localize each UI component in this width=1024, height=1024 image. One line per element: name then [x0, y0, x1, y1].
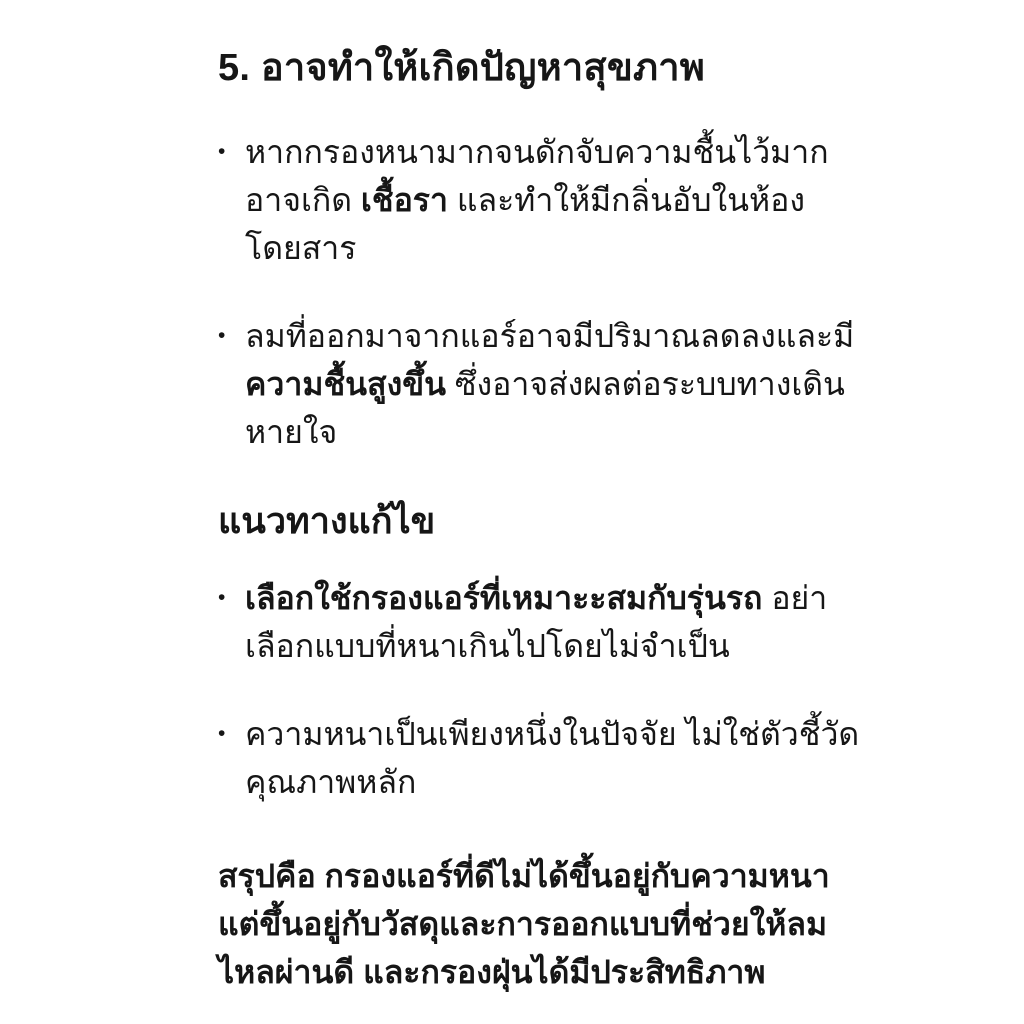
text-line: คุณภาพหลัก — [245, 758, 878, 806]
text-line: โดยสาร — [245, 224, 878, 272]
bullet-item-thickness-factor: • ความหนาเป็นเพียงหนึ่งในปัจจัย ไม่ใช่ตั… — [218, 710, 878, 806]
text-line: ความชื้นสูงขึ้น ซึ่งอาจส่งผลต่อระบบทางเด… — [245, 360, 878, 408]
bullet-text: ความหนาเป็นเพียงหนึ่งในปัจจัย ไม่ใช่ตัวช… — [245, 710, 878, 806]
bullet-text: ลมที่ออกมาจากแอร์อาจมีปริมาณลดลงและมี คว… — [245, 312, 878, 456]
text-segment-bold-humidity: ความชื้นสูงขึ้น — [245, 366, 446, 402]
text-line: ไหลผ่านดี และกรองฝุ่นได้มีประสิทธิภาพ — [218, 948, 878, 996]
text-line: อาจเกิด เชื้อรา และทำให้มีกลิ่นอับในห้อง — [245, 176, 878, 224]
text-segment: และทำให้มีกลิ่นอับในห้อง — [448, 182, 805, 218]
text-line: หายใจ — [245, 408, 878, 456]
section-heading-solutions: แนวทางแก้ไข — [218, 496, 878, 546]
bullet-dot-icon: • — [218, 710, 245, 758]
text-line: แต่ขึ้นอยู่กับวัสดุและการออกแบบที่ช่วยให… — [218, 900, 878, 948]
text-line: เลือกแบบที่หนาเกินไปโดยไม่จำเป็น — [245, 622, 878, 670]
text-segment-bold-choose-filter: เลือกใช้กรองแอร์ที่เหมาะะสมกับรุ่นรถ — [245, 580, 762, 616]
text-segment: อาจเกิด — [245, 182, 361, 218]
text-segment: ซึ่งอาจส่งผลต่อระบบทางเดิน — [446, 366, 845, 402]
bullet-dot-icon: • — [218, 312, 245, 360]
bullet-item-airflow-humidity: • ลมที่ออกมาจากแอร์อาจมีปริมาณลดลงและมี … — [218, 312, 878, 456]
bullet-text: หากกรองหนามากจนดักจับความชื้นไว้มาก อาจเ… — [245, 128, 878, 272]
text-segment: อย่า — [762, 580, 827, 616]
bullet-dot-icon: • — [218, 574, 245, 622]
document-page: 5. อาจทำให้เกิดปัญหาสุขภาพ • หากกรองหนาม… — [0, 0, 1024, 1024]
bullet-item-moisture-mold: • หากกรองหนามากจนดักจับความชื้นไว้มาก อา… — [218, 128, 878, 272]
bullet-item-choose-right-filter: • เลือกใช้กรองแอร์ที่เหมาะะสมกับรุ่นรถ อ… — [218, 574, 878, 670]
text-line: หากกรองหนามากจนดักจับความชื้นไว้มาก — [245, 128, 878, 176]
text-line: ลมที่ออกมาจากแอร์อาจมีปริมาณลดลงและมี — [245, 312, 878, 360]
text-segment-bold-mold: เชื้อรา — [361, 182, 448, 218]
text-line: ความหนาเป็นเพียงหนึ่งในปัจจัย ไม่ใช่ตัวช… — [245, 710, 878, 758]
summary-paragraph: สรุปคือ กรองแอร์ที่ดีไม่ได้ขึ้นอยู่กับคว… — [218, 852, 878, 996]
bullet-dot-icon: • — [218, 128, 245, 176]
text-line: เลือกใช้กรองแอร์ที่เหมาะะสมกับรุ่นรถ อย่… — [245, 574, 878, 622]
text-line: สรุปคือ กรองแอร์ที่ดีไม่ได้ขึ้นอยู่กับคว… — [218, 852, 878, 900]
section-heading-health-problems: 5. อาจทำให้เกิดปัญหาสุขภาพ — [218, 42, 878, 94]
bullet-text: เลือกใช้กรองแอร์ที่เหมาะะสมกับรุ่นรถ อย่… — [245, 574, 878, 670]
document-content: 5. อาจทำให้เกิดปัญหาสุขภาพ • หากกรองหนาม… — [218, 42, 878, 996]
